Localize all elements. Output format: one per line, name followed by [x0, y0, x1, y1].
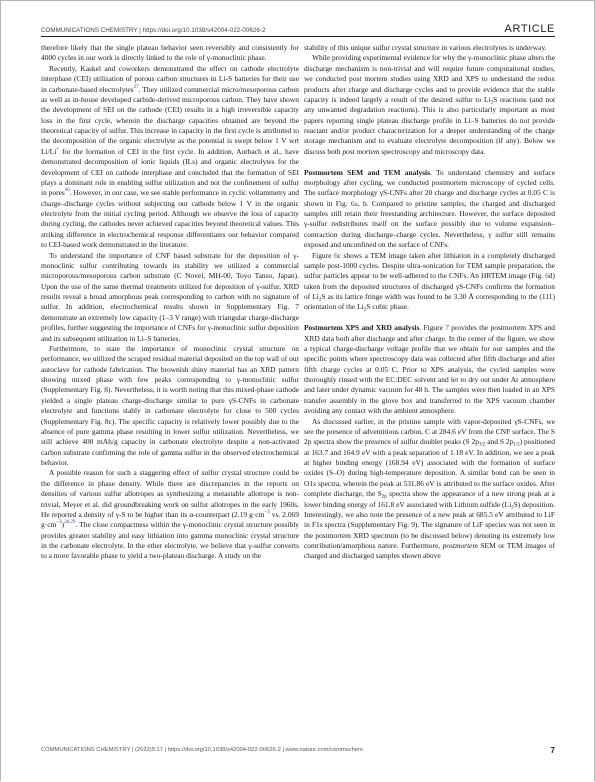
section-heading: Postmortem SEM and TEM analysis [304, 168, 430, 177]
footer-citation[interactable]: COMMUNICATIONS CHEMISTRY | (2022)5:17 | … [41, 747, 363, 753]
page-number: 7 [551, 746, 555, 755]
section-sem-tem: Postmortem SEM and TEM analysis. To unde… [304, 168, 555, 251]
article-type-label: ARTICLE [505, 23, 555, 35]
journal-doi-line[interactable]: COMMUNICATIONS CHEMISTRY | https://doi.o… [41, 27, 265, 34]
paragraph: A possible reason for such a staggering … [41, 468, 299, 561]
figure-link[interactable]: 6a [351, 199, 358, 208]
running-header: COMMUNICATIONS CHEMISTRY | https://doi.o… [41, 20, 555, 37]
paragraph: stability of this unique sulfur crystal … [304, 43, 555, 53]
paragraph: Furthermore, to state the importance of … [41, 344, 299, 469]
section-heading: Postmortem XPS and XRD analysis [304, 323, 419, 332]
paragraph: therefore likely that the single plateau… [41, 43, 299, 64]
citation-link[interactable]: 28,29 [64, 520, 75, 525]
right-column: stability of this unique sulfur crystal … [304, 43, 555, 562]
page-footer: COMMUNICATIONS CHEMISTRY | (2022)5:17 | … [41, 747, 555, 757]
section-xps-xrd: Postmortem XPS and XRD analysis. Figure … [304, 323, 555, 416]
paragraph: Recently, Kaskel and coworkers demonstra… [41, 64, 299, 251]
paragraph: Figure 6c shows a TEM image taken after … [304, 251, 555, 313]
paragraph: As discussed earlier, in the pristine sa… [304, 417, 555, 562]
paragraph: While providing experimental evidence fo… [304, 53, 555, 157]
paragraph: To understand the importance of CNF base… [41, 251, 299, 344]
left-column: therefore likely that the single plateau… [41, 43, 299, 562]
